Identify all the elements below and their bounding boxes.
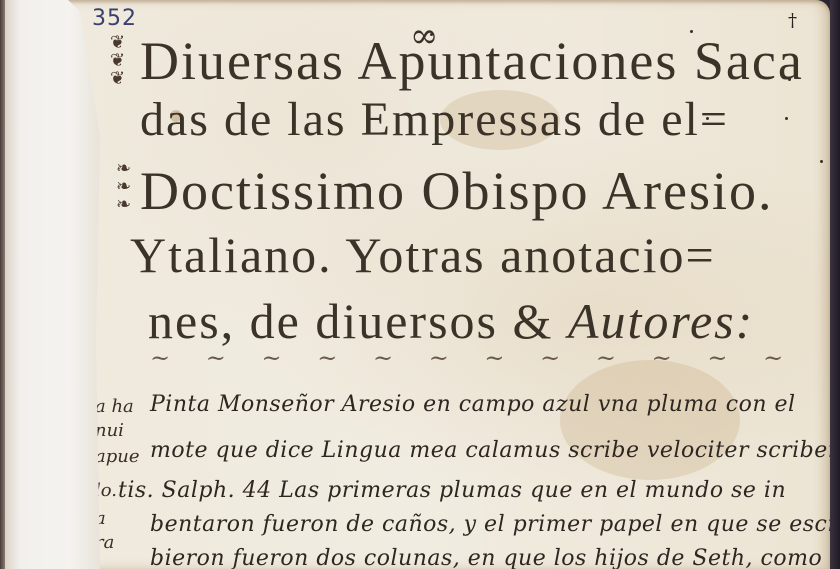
- title-autores: Autores:: [568, 293, 754, 349]
- title-line-1: Diuersas Apuntaciones Saca: [140, 30, 804, 92]
- margin-note: a ha: [95, 396, 134, 417]
- binding-edge: [0, 0, 5, 569]
- body-line-5: bieron fueron dos colunas, en que los hi…: [150, 546, 822, 569]
- title-line-5: nes, de diuersos & Autores:: [148, 292, 754, 350]
- ink-speck: [820, 160, 823, 163]
- title-line-3: Doctissimo Obispo Aresio.: [140, 160, 774, 222]
- ink-speck: [785, 117, 788, 120]
- body-line-2: mote que dice Lingua mea calamus scribe …: [150, 438, 840, 463]
- margin-note: nui: [95, 420, 124, 441]
- fleuron-ornament: ❧❧❧: [116, 160, 131, 214]
- title-line-4: Ytaliano. Yotras anotacio=: [130, 226, 716, 284]
- corner-mark: †: [788, 10, 797, 31]
- fleuron-ornament: ❦❦❦: [110, 34, 125, 88]
- body-line-3: tis. Salph. 44 Las primeras plumas que e…: [118, 478, 786, 503]
- manuscript-page: 352 † ∞ ❦❦❦ ❧❧❧ Diuersas Apuntaciones Sa…: [0, 0, 830, 569]
- body-line-1: Pinta Monseñor Aresio en campo azul vna …: [150, 392, 796, 417]
- folio-number: 352: [92, 6, 137, 31]
- paper-repair-strip: [0, 0, 100, 569]
- title-line-5-text: nes, de diuersos: [148, 293, 498, 349]
- body-line-4: bentaron fueron de caños, y el primer pa…: [150, 512, 840, 537]
- title-line-2: das de las Empressas de el=: [140, 92, 729, 147]
- wave-decoration: ~ ~ ~ ~ ~ ~ ~ ~ ~ ~ ~ ~: [150, 344, 750, 372]
- page-edge-shadow: [830, 0, 840, 569]
- ampersand-ligature: &: [513, 293, 554, 349]
- margin-note: apue: [95, 446, 140, 467]
